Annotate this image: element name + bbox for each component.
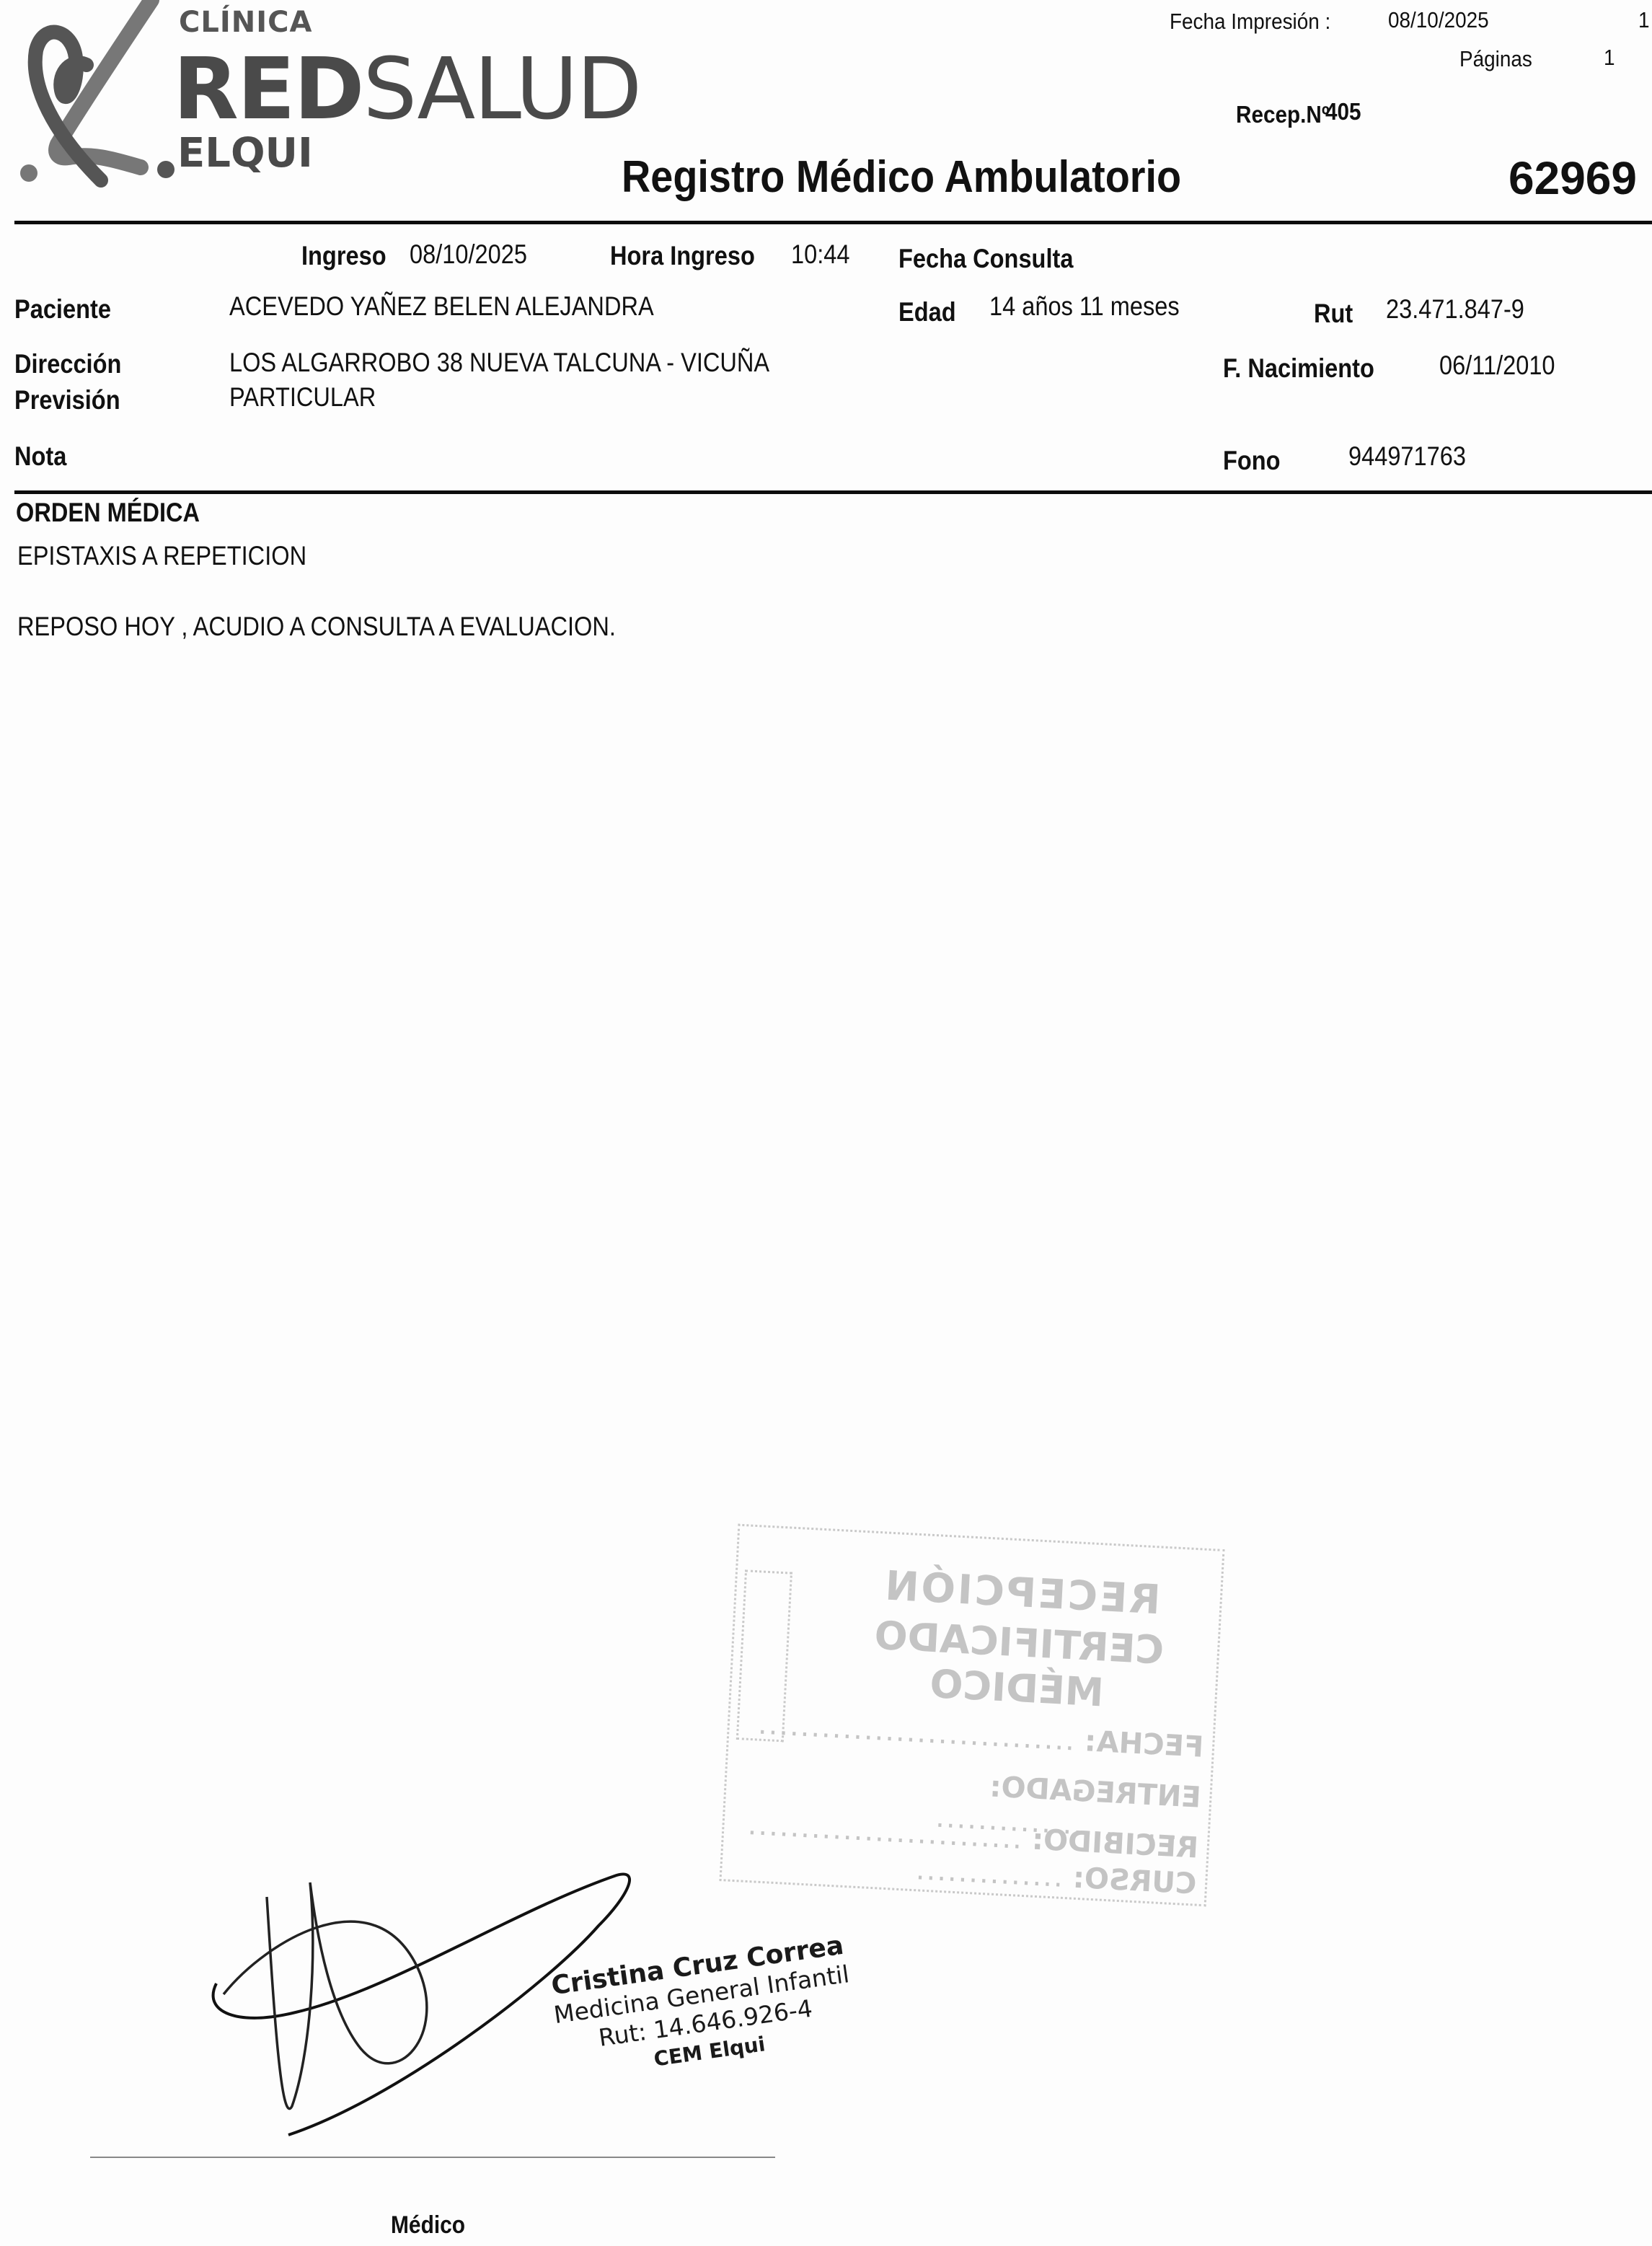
- heart-ribbon-icon: [14, 0, 180, 188]
- logo-clinica-text: CLÍNICA: [179, 6, 312, 39]
- direccion-label: Dirección: [14, 349, 121, 379]
- paciente-value: ACEVEDO YAÑEZ BELEN ALEJANDRA: [229, 291, 654, 322]
- logo-elqui-text: ELQUI: [177, 130, 313, 177]
- page-corner-number: 1: [1638, 7, 1650, 33]
- patient-divider: [14, 490, 1652, 494]
- rut-value: 23.471.847-9: [1386, 294, 1524, 325]
- ingreso-label: Ingreso: [301, 241, 387, 271]
- orden-line: REPOSO HOY , ACUDIO A CONSULTA A EVALUAC…: [17, 612, 616, 642]
- recep-label: Recep.Nº: [1236, 101, 1330, 128]
- fono-label: Fono: [1223, 446, 1281, 476]
- logo-redsalud-text: REDSALUD: [173, 39, 640, 138]
- orden-line: EPISTAXIS A REPETICION: [17, 541, 306, 571]
- prevision-value: PARTICULAR: [229, 382, 376, 413]
- recep-value: 405: [1325, 98, 1361, 125]
- orden-medica-heading: ORDEN MÉDICA: [16, 498, 200, 528]
- paciente-label: Paciente: [14, 294, 111, 325]
- fecha-consulta-label: Fecha Consulta: [898, 244, 1073, 274]
- ingreso-value: 08/10/2025: [410, 239, 527, 270]
- document-title: Registro Médico Ambulatorio: [622, 151, 1181, 203]
- header-divider: [14, 221, 1652, 224]
- edad-label: Edad: [898, 297, 956, 327]
- rut-label: Rut: [1314, 299, 1353, 329]
- fecha-impresion-value: 08/10/2025: [1388, 7, 1489, 33]
- signature-label: Médico: [391, 2211, 465, 2240]
- document-number: 62969: [1509, 151, 1637, 205]
- signature-line: [90, 2157, 775, 2158]
- prevision-label: Previsión: [14, 385, 120, 415]
- hora-ingreso-value: 10:44: [791, 239, 849, 270]
- edad-value: 14 años 11 meses: [989, 291, 1180, 322]
- reception-stamp: RECEPCIÓN CERTIFICADO MÉDICO FECHA: ....…: [719, 1524, 1224, 1907]
- nota-label: Nota: [14, 441, 66, 472]
- hora-ingreso-label: Hora Ingreso: [610, 241, 755, 271]
- fecha-impresion-label: Fecha Impresión :: [1170, 9, 1330, 35]
- paginas-label: Páginas: [1459, 46, 1532, 72]
- direccion-value: LOS ALGARROBO 38 NUEVA TALCUNA - VICUÑA: [229, 348, 769, 378]
- nacimiento-label: F. Nacimiento: [1223, 353, 1374, 384]
- nacimiento-value: 06/11/2010: [1439, 351, 1555, 381]
- paginas-value: 1: [1604, 45, 1615, 71]
- fono-value: 944971763: [1348, 441, 1466, 472]
